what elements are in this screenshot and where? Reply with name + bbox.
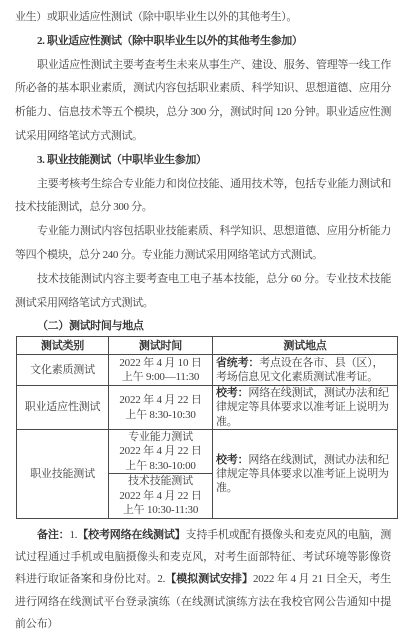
subtest-title: 专业能力测试 [112, 430, 209, 444]
remark-item2-title: 【模拟测试安排】 [165, 573, 253, 585]
cell-location: 校考：网络在线测试，测试办法和纪律规定等具体要求以准考证上说明为准。 [213, 386, 398, 430]
time-hours: 上午 9:00—11:30 [112, 370, 209, 384]
header-test-category: 测试类别 [17, 337, 109, 355]
header-test-time: 测试时间 [109, 337, 213, 355]
time-date: 2022 年 4 月 22 日 [112, 444, 209, 458]
cell-time-ability: 专业能力测试2022 年 4 月 22 日上午 8:30-10:00 [109, 430, 213, 474]
header-test-location: 测试地点 [213, 337, 398, 355]
paragraph-intro-tail: 业生）或职业适应性测试（除中职毕业生以外的其他考生）。 [15, 6, 391, 30]
table-row-culture-test: 文化素质测试 2022 年 4 月 10 日上午 9:00—11:30 省统考：… [17, 355, 398, 386]
cell-category: 职业适应性测试 [17, 386, 109, 430]
time-date: 2022 年 4 月 22 日 [112, 393, 209, 407]
table-row-skill-test-a: 职业技能测试 专业能力测试2022 年 4 月 22 日上午 8:30-10:0… [17, 430, 398, 474]
remark-label: 备注： [37, 529, 69, 541]
table-header-row: 测试类别 测试时间 测试地点 [17, 337, 398, 355]
cell-time: 2022 年 4 月 22 日上午 8:30-10:30 [109, 386, 213, 430]
cell-time: 2022 年 4 月 10 日上午 9:00—11:30 [109, 355, 213, 386]
location-type-label: 校考： [216, 454, 248, 466]
cell-time-technical: 技术技能测试2022 年 4 月 22 日上午 10:30-11:30 [109, 473, 213, 518]
table-row-aptitude-test: 职业适应性测试 2022 年 4 月 22 日上午 8:30-10:30 校考：… [17, 386, 398, 430]
cell-category: 文化素质测试 [17, 355, 109, 386]
time-hours: 上午 10:30-11:30 [112, 503, 209, 517]
remark-item1-title: 【校考网络在线测试】 [77, 529, 185, 541]
cell-category: 职业技能测试 [17, 430, 109, 519]
time-hours: 上午 8:30-10:30 [112, 408, 209, 422]
subtest-title: 技术技能测试 [112, 474, 209, 488]
cell-location: 省统考：考点设在各市、县（区），考场信息见文化素质测试准考证。 [213, 355, 398, 386]
time-date: 2022 年 4 月 10 日 [112, 356, 209, 370]
remark-paragraph: 备注：1.【校考网络在线测试】支持手机或配有摄像头和麦克风的电脑，测试过程通过手… [15, 524, 391, 635]
time-date: 2022 年 4 月 22 日 [112, 489, 209, 503]
time-hours: 上午 8:30-10:00 [112, 459, 209, 473]
section-heading-2: 2. 职业适应性测试（除中职毕业生以外的其他考生参加） [15, 30, 391, 54]
paragraph-technical-test: 技术技能测试内容主要考查电工电子基本技能，总分 60 分。专业技术技能测试采用网… [15, 268, 391, 316]
paragraph-skill-test-overview: 主要考核考生综合专业能力和岗位技能、通用技术等，包括专业能力测试和技术技能测试，… [15, 173, 391, 221]
paragraph-ability-test: 专业能力测试内容包括职业技能素质、科学知识、思想道德、应用分析能力等四个模块，总… [15, 220, 391, 268]
paragraph-aptitude-test: 职业适应性测试主要考查考生未来从事生产、建设、服务、管理等一线工作所必备的基本职… [15, 54, 391, 149]
location-type-label: 省统考： [216, 357, 259, 369]
document-page: 业生）或职业适应性测试（除中职毕业生以外的其他考生）。 2. 职业适应性测试（除… [0, 0, 406, 635]
section-heading-3: 3. 职业技能测试（中职毕业生参加） [15, 149, 391, 173]
location-type-label: 校考： [216, 387, 248, 399]
test-schedule-table: 测试类别 测试时间 测试地点 文化素质测试 2022 年 4 月 10 日上午 … [16, 336, 398, 519]
cell-location: 校考：网络在线测试，测试办法和纪律规定等具体要求以准考证上说明为准。 [213, 430, 398, 519]
